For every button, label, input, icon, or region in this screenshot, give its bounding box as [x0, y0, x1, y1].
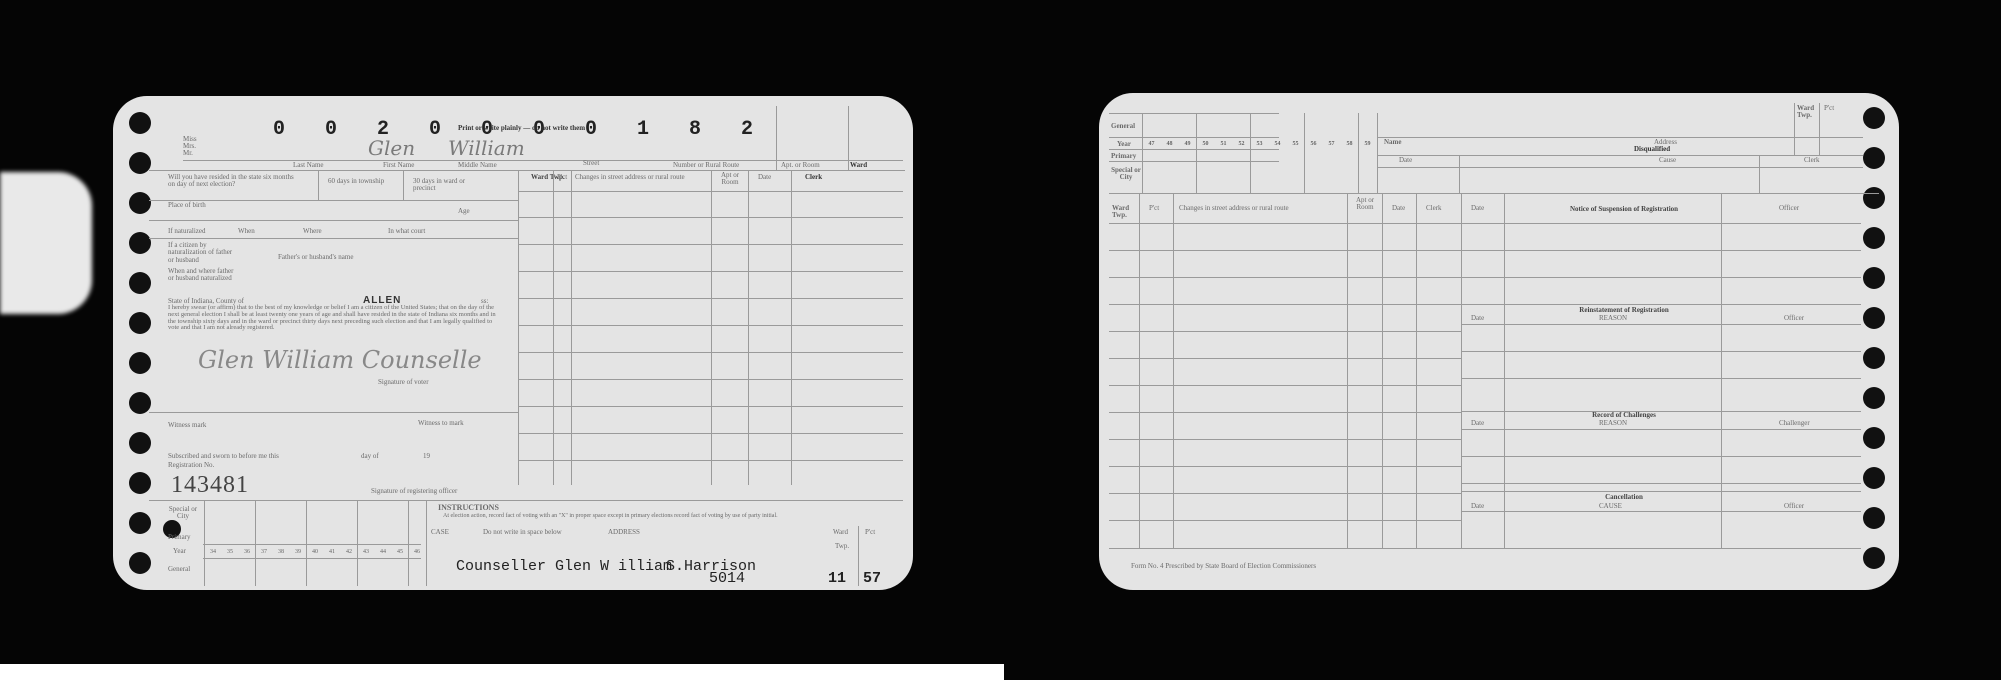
punch-hole-icon: [1863, 187, 1885, 209]
cancellation-cause-header: CAUSE: [1599, 503, 1622, 510]
grid-year: 55: [1287, 141, 1304, 147]
grid-year: 35: [222, 549, 238, 555]
cancellation-date-header: Date: [1471, 503, 1484, 510]
punch-hole-icon: [1863, 427, 1885, 449]
grid-year: 36: [239, 549, 255, 555]
punch-hole-icon: [129, 512, 151, 534]
grid-year: 59: [1359, 141, 1376, 147]
grid-year: 56: [1305, 141, 1322, 147]
when-label: When: [238, 228, 255, 235]
grid-year: 37: [256, 549, 272, 555]
typed-pct-label: P'ct: [865, 529, 875, 536]
col-changes: Changes in street address or rural route: [575, 174, 685, 181]
disqualified-label: Disqualified: [1634, 145, 1670, 153]
pct-label: P'ct: [1824, 105, 1834, 112]
oath-text: I hereby swear (or affirm) that to the b…: [168, 305, 498, 332]
day-of-label: day of: [361, 453, 379, 460]
middle-name-value: William: [448, 136, 525, 160]
suspension-title: Notice of Suspension of Registration: [1519, 205, 1729, 213]
last-name-label: Last Name: [293, 162, 324, 169]
residency-state-label: Will you have resided in the state six m…: [168, 174, 298, 189]
grid-row-general: General: [168, 566, 190, 573]
grid-year: 54: [1269, 141, 1286, 147]
punch-hole-icon: [1863, 147, 1885, 169]
suspension-officer-header: Officer: [1779, 205, 1799, 212]
header-instruction: Print or write plainly — do not write th…: [458, 124, 585, 132]
punch-hole-icon: [129, 272, 151, 294]
punch-hole-icon: [1863, 107, 1885, 129]
grid-row-primary: Primary: [1111, 153, 1136, 160]
registration-card-front: 0 0 2 0 0 0 0 1 8 2 Print or write plain…: [113, 96, 913, 590]
col-clerk: Clerk: [1426, 205, 1442, 212]
col-ward-twp: Ward Twp.: [1112, 205, 1134, 220]
number-label: Number or Rural Route: [673, 162, 739, 169]
punch-hole-icon: [1863, 227, 1885, 249]
grid-year: 48: [1161, 141, 1178, 147]
residency-ward-label: 30 days in ward or precinct: [413, 178, 483, 193]
grid-year: 43: [358, 549, 374, 555]
grid-row-year: Year: [173, 548, 186, 555]
grid-row-general: General: [1111, 123, 1135, 130]
voter-signature: Glen William Counselle: [198, 346, 482, 374]
reinstatement-date-header: Date: [1471, 315, 1484, 322]
apt-label: Apt. or Room: [781, 162, 820, 169]
punch-hole-icon: [129, 232, 151, 254]
grid-year: 41: [324, 549, 340, 555]
place-of-birth-label: Place of birth: [168, 202, 208, 209]
witness-to-mark-label: Witness to mark: [418, 420, 464, 427]
challenges-reason-header: REASON: [1599, 420, 1627, 427]
typed-pct-value: 57: [863, 570, 881, 587]
grid-year: 49: [1179, 141, 1196, 147]
col-pct: P'ct: [557, 174, 567, 181]
grid-year: 44: [375, 549, 391, 555]
grid-year: 40: [307, 549, 323, 555]
grid-row-year: Year: [1117, 141, 1131, 148]
typed-voter-name: Counseller Glen W illiam: [456, 558, 672, 575]
residency-township-label: 60 days in township: [328, 178, 398, 185]
grid-year: 34: [205, 549, 221, 555]
naturalized-label: If naturalized: [168, 228, 206, 235]
grid-year: 46: [409, 549, 425, 555]
punch-hole-icon: [1863, 307, 1885, 329]
challenges-challenger-header: Challenger: [1779, 420, 1810, 427]
grid-year: 50: [1197, 141, 1214, 147]
subscribed-label: Subscribed and sworn to before me this: [168, 453, 279, 460]
reinstatement-title: Reinstatement of Registration: [1519, 306, 1729, 314]
cancellation-officer-header: Officer: [1784, 503, 1804, 510]
where-label: Where: [303, 228, 322, 235]
instructions-address: ADDRESS: [608, 529, 640, 536]
scan-artifact-bar: [0, 664, 1004, 680]
punch-hole-icon: [129, 552, 151, 574]
instructions-case: CASE: [431, 529, 449, 536]
grid-year: 47: [1143, 141, 1160, 147]
grid-row-special: Special or City: [168, 506, 198, 521]
grid-row-primary: Primary: [168, 534, 191, 541]
grid-year: 39: [290, 549, 306, 555]
registration-card-back: General Year Primary Special or City 47 …: [1099, 93, 1899, 590]
signature-label: Signature of voter: [378, 379, 429, 386]
cancellation-title: Cancellation: [1519, 493, 1729, 501]
punch-hole-icon: [1863, 507, 1885, 529]
grid-year: 42: [341, 549, 357, 555]
col-date: Date: [758, 174, 771, 181]
ward-label: Ward: [850, 162, 867, 169]
challenges-date-header: Date: [1471, 420, 1484, 427]
age-label: Age: [458, 208, 470, 215]
instructions-title: INSTRUCTIONS: [438, 504, 499, 512]
citizen-naturalization-label: If a citizen by naturalization of father…: [168, 242, 238, 264]
grid-year: 52: [1233, 141, 1250, 147]
title-mr-label: Mr.: [183, 150, 193, 157]
instructions-text: At election action, record fact of votin…: [443, 513, 783, 519]
reinstatement-officer-header: Officer: [1784, 315, 1804, 322]
col-clerk: Clerk: [805, 174, 822, 181]
punch-hole-icon: [129, 112, 151, 134]
registration-number: 143481: [171, 472, 249, 499]
punch-hole-icon: [129, 392, 151, 414]
grid-year: 53: [1251, 141, 1268, 147]
registering-officer-label: Signature of registering officer: [371, 488, 457, 495]
grid-year: 58: [1341, 141, 1358, 147]
year-prefix: 19: [423, 453, 430, 460]
col-date: Date: [1392, 205, 1405, 212]
suspension-date-header: Date: [1471, 205, 1484, 212]
punch-hole-icon: [1863, 547, 1885, 569]
reinstatement-reason-header: REASON: [1599, 315, 1627, 322]
punch-hole-icon: [129, 312, 151, 334]
grid-row-special: Special or City: [1111, 167, 1141, 182]
col-apt: Apt or Room: [1351, 197, 1379, 212]
cause-label: Cause: [1659, 157, 1676, 164]
disqualified-date-label: Date: [1399, 157, 1412, 164]
challenges-title: Record of Challenges: [1519, 411, 1729, 419]
first-name-value: Glen: [368, 136, 415, 160]
first-name-label: First Name: [383, 162, 414, 169]
typed-ward-label: Ward: [833, 529, 848, 536]
grid-year: 38: [273, 549, 289, 555]
punch-hole-icon: [129, 432, 151, 454]
registration-no-label: Registration No.: [168, 462, 214, 469]
scan-artifact-blob: [0, 172, 92, 314]
grid-year: 45: [392, 549, 408, 555]
col-changes: Changes in street address or rural route: [1179, 205, 1289, 212]
col-pct: P'ct: [1149, 205, 1159, 212]
punch-hole-icon: [1863, 347, 1885, 369]
typed-ward-value: 11: [828, 570, 846, 587]
punch-hole-icon: [129, 192, 151, 214]
street-label: Street: [583, 160, 599, 167]
typed-twp-label: Twp.: [835, 543, 849, 550]
col-apt: Apt or Room: [716, 172, 744, 187]
middle-name-label: Middle Name: [458, 162, 497, 169]
grid-year: 57: [1323, 141, 1340, 147]
grid-year: 51: [1215, 141, 1232, 147]
court-label: In what court: [388, 228, 425, 235]
do-not-write-label: Do not write in space below: [483, 529, 562, 536]
ward-twp-label: Ward Twp.: [1797, 105, 1817, 120]
fathers-name-label: Father's or husband's name: [278, 254, 353, 261]
punch-hole-icon: [129, 352, 151, 374]
punch-hole-icon: [1863, 267, 1885, 289]
disqualified-clerk-label: Clerk: [1804, 157, 1820, 164]
father-naturalized-label: When and where father or husband natural…: [168, 268, 238, 283]
punch-hole-icon: [1863, 467, 1885, 489]
witness-label: Witness mark: [168, 422, 206, 429]
punch-hole-icon: [129, 472, 151, 494]
punch-hole-icon: [1863, 387, 1885, 409]
typed-house-number: 5014: [709, 570, 745, 587]
punch-hole-icon: [129, 152, 151, 174]
name-label: Name: [1384, 139, 1402, 146]
form-footer: Form No. 4 Prescribed by State Board of …: [1131, 563, 1316, 570]
